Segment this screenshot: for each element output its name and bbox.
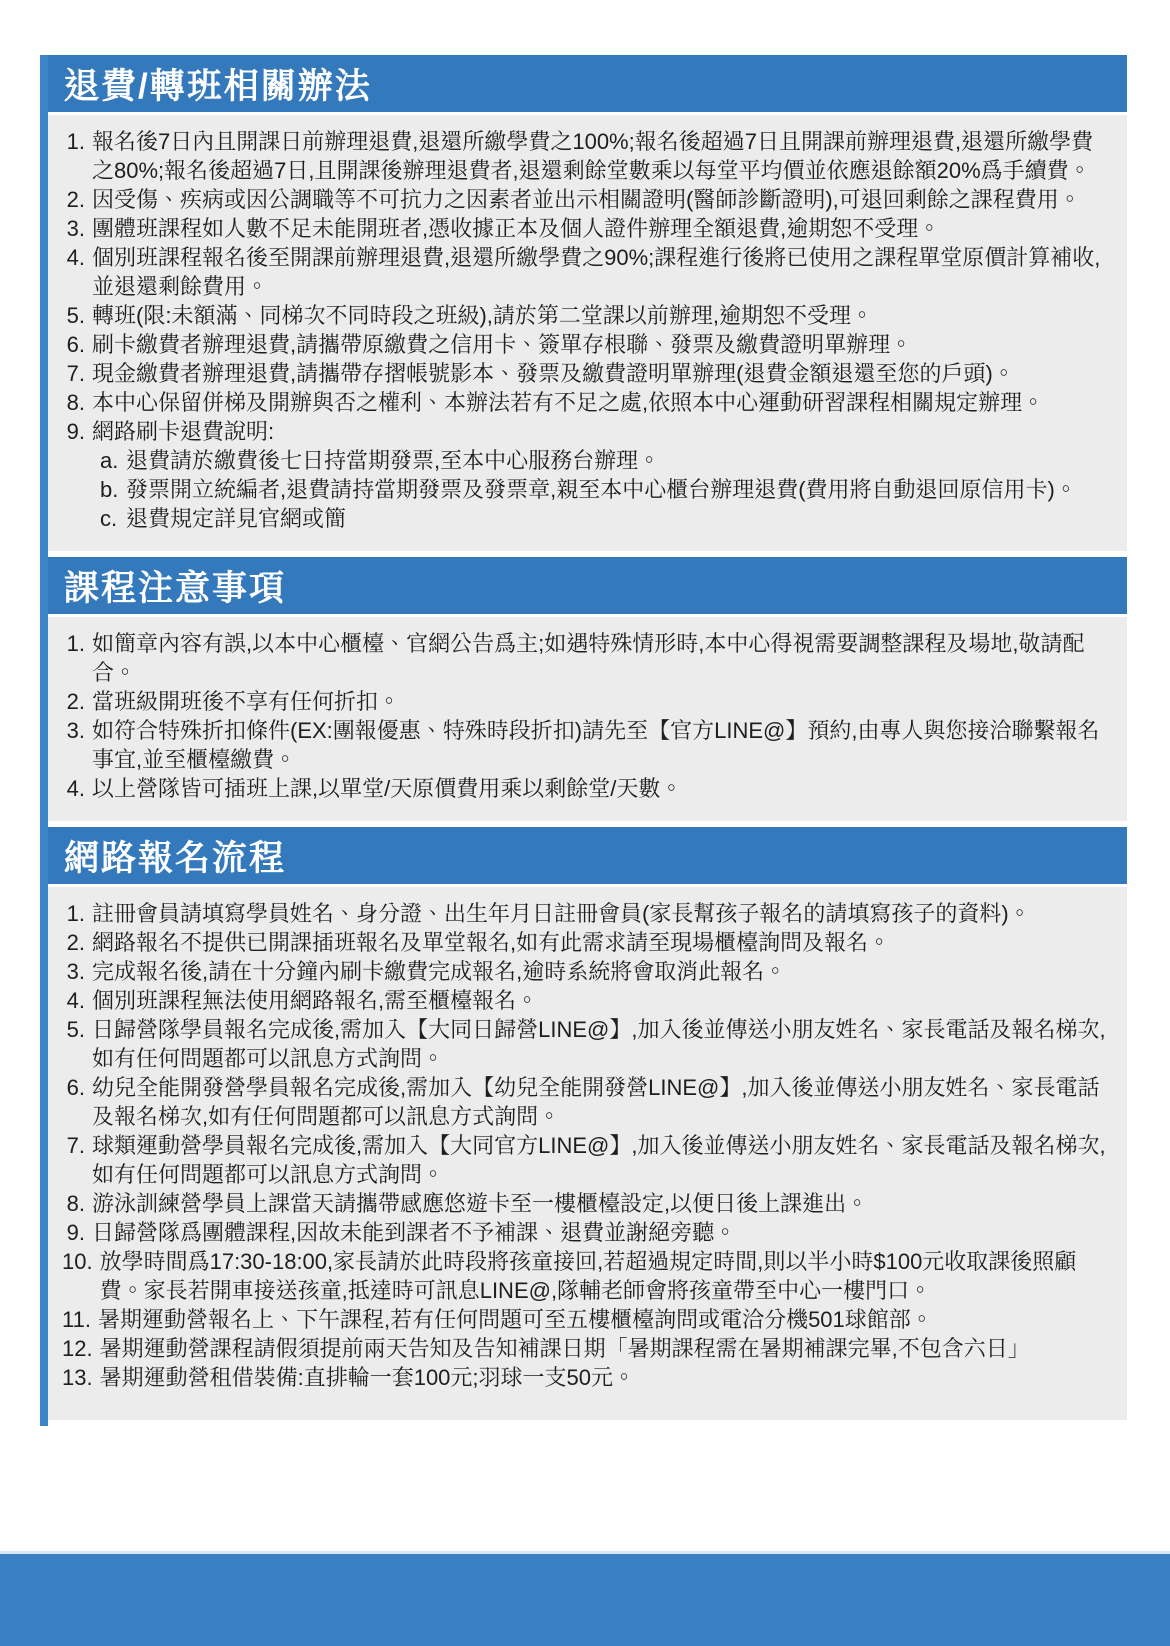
section: 退費/轉班相關辦法 1.報名後7日內且開課日前辦理退費,退還所繳學費之100%;… xyxy=(48,55,1127,551)
list-item: 5.轉班(限:未額滿、同梯次不同時段之班級),請於第二堂課以前辦理,逾期恕不受理… xyxy=(62,301,1107,330)
item-text: 本中心保留併梯及開辦與否之權利、本辦法若有不足之處,依照本中心運動研習課程相關規… xyxy=(92,388,1107,417)
item-number: 8. xyxy=(62,388,92,417)
item-text: 個別班課程無法使用網路報名,需至櫃檯報名。 xyxy=(92,986,1107,1015)
item-list: 1.如簡章內容有誤,以本中心櫃檯、官網公告爲主;如遇特殊情形時,本中心得視需要調… xyxy=(62,629,1107,803)
item-text: 團體班課程如人數不足未能開班者,憑收據正本及個人證件辦理全額退費,逾期恕不受理。 xyxy=(92,214,1107,243)
item-text: 註冊會員請填寫學員姓名、身分證、出生年月日註冊會員(家長幫孩子報名的請填寫孩子的… xyxy=(92,899,1107,928)
item-number: 1. xyxy=(62,127,92,185)
item-number: 3. xyxy=(62,716,92,774)
item-number: 8. xyxy=(62,1189,92,1218)
item-text: 日歸營隊爲團體課程,因故未能到課者不予補課、退費並謝絕旁聽。 xyxy=(92,1218,1107,1247)
item-number: 11. xyxy=(62,1305,98,1334)
sub-list-item: b.發票開立統編者,退費請持當期發票及發票章,親至本中心櫃台辦理退費(費用將自動… xyxy=(100,475,1107,504)
section: 課程注意事項 1.如簡章內容有誤,以本中心櫃檯、官網公告爲主;如遇特殊情形時,本… xyxy=(48,557,1127,821)
item-number: 7. xyxy=(62,1131,92,1189)
list-item: 1.註冊會員請填寫學員姓名、身分證、出生年月日註冊會員(家長幫孩子報名的請填寫孩… xyxy=(62,899,1107,928)
item-number: 6. xyxy=(62,1073,92,1131)
list-item: 4.以上營隊皆可插班上課,以單堂/天原價費用乘以剩餘堂/天數。 xyxy=(62,774,1107,803)
list-item: 1.如簡章內容有誤,以本中心櫃檯、官網公告爲主;如遇特殊情形時,本中心得視需要調… xyxy=(62,629,1107,687)
section-header: 課程注意事項 xyxy=(48,557,1127,614)
item-text: 游泳訓練營學員上課當天請攜帶感應悠遊卡至一樓櫃檯設定,以便日後上課進出。 xyxy=(92,1189,1107,1218)
list-item: 2.當班級開班後不享有任何折扣。 xyxy=(62,687,1107,716)
list-item: 3.團體班課程如人數不足未能開班者,憑收據正本及個人證件辦理全額退費,逾期恕不受… xyxy=(62,214,1107,243)
list-item: 7.球類運動營學員報名完成後,需加入【大同官方LINE@】,加入後並傳送小朋友姓… xyxy=(62,1131,1107,1189)
section-body: 1.如簡章內容有誤,以本中心櫃檯、官網公告爲主;如遇特殊情形時,本中心得視需要調… xyxy=(48,617,1127,821)
item-text: 放學時間爲17:30-18:00,家長請於此時段將孩童接回,若超過規定時間,則以… xyxy=(100,1247,1107,1305)
list-item: 9.網路刷卡退費說明: xyxy=(62,417,1107,446)
list-item: 1.報名後7日內且開課日前辦理退費,退還所繳學費之100%;報名後超過7日且開課… xyxy=(62,127,1107,185)
list-item: 3.完成報名後,請在十分鐘內刷卡繳費完成報名,逾時系統將會取消此報名。 xyxy=(62,957,1107,986)
item-number: 1. xyxy=(62,629,92,687)
section-header: 網路報名流程 xyxy=(48,827,1127,884)
list-item: 8.游泳訓練營學員上課當天請攜帶感應悠遊卡至一樓櫃檯設定,以便日後上課進出。 xyxy=(62,1189,1107,1218)
item-text: 網路刷卡退費說明: xyxy=(92,417,1107,446)
section-title: 退費/轉班相關辦法 xyxy=(64,59,372,109)
item-text: 暑期運動營租借裝備:直排輪一套100元;羽球一支50元。 xyxy=(100,1363,1107,1392)
item-number: a. xyxy=(100,446,126,475)
item-text: 球類運動營學員報名完成後,需加入【大同官方LINE@】,加入後並傳送小朋友姓名、… xyxy=(92,1131,1107,1189)
notice-card: 退費/轉班相關辦法 1.報名後7日內且開課日前辦理退費,退還所繳學費之100%;… xyxy=(40,55,1127,1426)
item-number: 13. xyxy=(62,1363,100,1392)
list-item: 4.個別班課程報名後至開課前辦理退費,退還所繳學費之90%;課程進行後將已使用之… xyxy=(62,243,1107,301)
item-text: 完成報名後,請在十分鐘內刷卡繳費完成報名,逾時系統將會取消此報名。 xyxy=(92,957,1107,986)
item-number: 2. xyxy=(62,928,92,957)
list-item: 5.日歸營隊學員報名完成後,需加入【大同日歸營LINE@】,加入後並傳送小朋友姓… xyxy=(62,1015,1107,1073)
item-text: 暑期運動營報名上、下午課程,若有任何問題可至五樓櫃檯詢問或電洽分機501球館部。 xyxy=(98,1305,1107,1334)
item-text: 發票開立統編者,退費請持當期發票及發票章,親至本中心櫃台辦理退費(費用將自動退回… xyxy=(126,475,1107,504)
item-number: 1. xyxy=(62,899,92,928)
item-text: 轉班(限:未額滿、同梯次不同時段之班級),請於第二堂課以前辦理,逾期恕不受理。 xyxy=(92,301,1107,330)
section-body: 1.註冊會員請填寫學員姓名、身分證、出生年月日註冊會員(家長幫孩子報名的請填寫孩… xyxy=(48,887,1127,1420)
section-title: 課程注意事項 xyxy=(64,561,286,611)
sub-list-item: c.退費規定詳見官網或簡 xyxy=(100,504,1107,533)
item-text: 網路報名不提供已開課插班報名及單堂報名,如有此需求請至現場櫃檯詢問及報名。 xyxy=(92,928,1107,957)
item-number: 7. xyxy=(62,359,92,388)
item-number: 3. xyxy=(62,214,92,243)
item-text: 暑期運動營課程請假須提前兩天告知及告知補課日期「暑期課程需在暑期補課完畢,不包含… xyxy=(100,1334,1107,1363)
item-text: 幼兒全能開發營學員報名完成後,需加入【幼兒全能開發營LINE@】,加入後並傳送小… xyxy=(92,1073,1107,1131)
list-item: 4.個別班課程無法使用網路報名,需至櫃檯報名。 xyxy=(62,986,1107,1015)
item-number: 9. xyxy=(62,417,92,446)
list-item: 13.暑期運動營租借裝備:直排輪一套100元;羽球一支50元。 xyxy=(62,1363,1107,1392)
section-header: 退費/轉班相關辦法 xyxy=(48,55,1127,112)
list-item: 6.幼兒全能開發營學員報名完成後,需加入【幼兒全能開發營LINE@】,加入後並傳… xyxy=(62,1073,1107,1131)
item-number: 10. xyxy=(62,1247,100,1305)
item-number: b. xyxy=(100,475,126,504)
footer-bar xyxy=(0,1551,1170,1646)
item-text: 因受傷、疾病或因公調職等不可抗力之因素者並出示相關證明(醫師診斷證明),可退回剩… xyxy=(92,185,1107,214)
list-item: 2.網路報名不提供已開課插班報名及單堂報名,如有此需求請至現場櫃檯詢問及報名。 xyxy=(62,928,1107,957)
item-text: 日歸營隊學員報名完成後,需加入【大同日歸營LINE@】,加入後並傳送小朋友姓名、… xyxy=(92,1015,1107,1073)
item-list: 1.報名後7日內且開課日前辦理退費,退還所繳學費之100%;報名後超過7日且開課… xyxy=(62,127,1107,533)
item-list: 1.註冊會員請填寫學員姓名、身分證、出生年月日註冊會員(家長幫孩子報名的請填寫孩… xyxy=(62,899,1107,1392)
item-number: 4. xyxy=(62,986,92,1015)
item-text: 以上營隊皆可插班上課,以單堂/天原價費用乘以剩餘堂/天數。 xyxy=(92,774,1107,803)
sub-list-item: a.退費請於繳費後七日持當期發票,至本中心服務台辦理。 xyxy=(100,446,1107,475)
item-number: 4. xyxy=(62,243,92,301)
list-item: 2.因受傷、疾病或因公調職等不可抗力之因素者並出示相關證明(醫師診斷證明),可退… xyxy=(62,185,1107,214)
list-item: 10.放學時間爲17:30-18:00,家長請於此時段將孩童接回,若超過規定時間… xyxy=(62,1247,1107,1305)
item-number: 2. xyxy=(62,687,92,716)
item-text: 現金繳費者辦理退費,請攜帶存摺帳號影本、發票及繳費證明單辦理(退費金額退還至您的… xyxy=(92,359,1107,388)
item-text: 如符合特殊折扣條件(EX:團報優惠、特殊時段折扣)請先至【官方LINE@】預約,… xyxy=(92,716,1107,774)
item-number: 6. xyxy=(62,330,92,359)
item-text: 退費請於繳費後七日持當期發票,至本中心服務台辦理。 xyxy=(126,446,1107,475)
item-number: 5. xyxy=(62,1015,92,1073)
item-text: 如簡章內容有誤,以本中心櫃檯、官網公告爲主;如遇特殊情形時,本中心得視需要調整課… xyxy=(92,629,1107,687)
section: 網路報名流程 1.註冊會員請填寫學員姓名、身分證、出生年月日註冊會員(家長幫孩子… xyxy=(48,827,1127,1420)
item-number: 9. xyxy=(62,1218,92,1247)
item-text: 退費規定詳見官網或簡 xyxy=(126,504,1107,533)
item-number: 5. xyxy=(62,301,92,330)
item-text: 報名後7日內且開課日前辦理退費,退還所繳學費之100%;報名後超過7日且開課前辦… xyxy=(92,127,1107,185)
item-text: 個別班課程報名後至開課前辦理退費,退還所繳學費之90%;課程進行後將已使用之課程… xyxy=(92,243,1107,301)
list-item: 11.暑期運動營報名上、下午課程,若有任何問題可至五樓櫃檯詢問或電洽分機501球… xyxy=(62,1305,1107,1334)
list-item: 9.日歸營隊爲團體課程,因故未能到課者不予補課、退費並謝絕旁聽。 xyxy=(62,1218,1107,1247)
section-body: 1.報名後7日內且開課日前辦理退費,退還所繳學費之100%;報名後超過7日且開課… xyxy=(48,115,1127,551)
item-number: 2. xyxy=(62,185,92,214)
item-text: 刷卡繳費者辦理退費,請攜帶原繳費之信用卡、簽單存根聯、發票及繳費證明單辦理。 xyxy=(92,330,1107,359)
list-item: 6.刷卡繳費者辦理退費,請攜帶原繳費之信用卡、簽單存根聯、發票及繳費證明單辦理。 xyxy=(62,330,1107,359)
list-item: 3.如符合特殊折扣條件(EX:團報優惠、特殊時段折扣)請先至【官方LINE@】預… xyxy=(62,716,1107,774)
item-text: 當班級開班後不享有任何折扣。 xyxy=(92,687,1107,716)
item-number: 4. xyxy=(62,774,92,803)
item-number: 3. xyxy=(62,957,92,986)
section-title: 網路報名流程 xyxy=(64,831,286,881)
list-item: 12.暑期運動營課程請假須提前兩天告知及告知補課日期「暑期課程需在暑期補課完畢,… xyxy=(62,1334,1107,1363)
list-item: 8.本中心保留併梯及開辦與否之權利、本辦法若有不足之處,依照本中心運動研習課程相… xyxy=(62,388,1107,417)
list-item: 7.現金繳費者辦理退費,請攜帶存摺帳號影本、發票及繳費證明單辦理(退費金額退還至… xyxy=(62,359,1107,388)
item-number: 12. xyxy=(62,1334,100,1363)
item-number: c. xyxy=(100,504,126,533)
